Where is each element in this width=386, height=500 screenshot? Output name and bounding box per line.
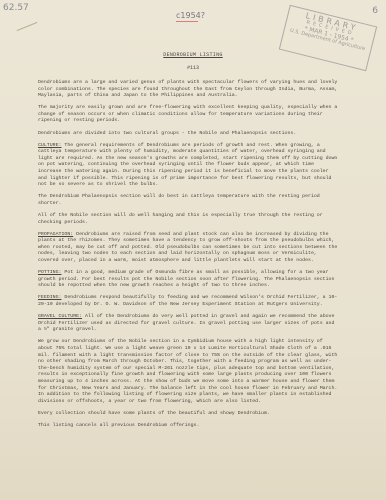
paragraph-gravel-culture: GRAVEL CULTURE: All of the Dendrobiums d… (38, 314, 338, 334)
section-label: GRAVEL CULTURE: (38, 314, 82, 319)
library-received-stamp: LIBRARY RECEIVED * MAR 1 - 1954 * U.S. D… (279, 5, 377, 71)
paragraph: All of the Nobile section will do well h… (38, 213, 338, 226)
handwritten-catalog-number: 62.57 (3, 3, 29, 13)
section-label: POTTING: (38, 270, 61, 275)
section-label: FEEDING: (38, 295, 61, 300)
paragraph: The Dendrobium Phalaenopsis section will… (38, 194, 338, 207)
document-number: #113 (0, 65, 386, 71)
section-label: PROPAGATION: (38, 232, 73, 237)
paragraph-propagation: PROPAGATION: Dendrobiums are raised from… (38, 232, 338, 265)
paragraph: Every collection should have some plants… (38, 411, 338, 418)
section-label: CULTURE: (38, 143, 61, 148)
paragraph: We grow our Dendrobiums of the Nobile se… (38, 339, 338, 405)
document-body: Dendrobiums are a large and varied genus… (38, 80, 338, 435)
document-title: DENDROBIUM LISTING (0, 52, 386, 58)
pencil-mark (17, 22, 38, 31)
paragraph-feeding: FEEDING: Dendrobiums respond beautifully… (38, 295, 338, 308)
paragraph: Dendrobiums are a large and varied genus… (38, 80, 338, 100)
paragraph: Dendrobiums are divided into two cultura… (38, 131, 338, 138)
handwritten-date: c1954? (176, 11, 205, 20)
paragraph-culture: CULTURE: The general requirements of Den… (38, 143, 338, 189)
paragraph: The majority are easily grown and are fr… (38, 105, 338, 125)
paragraph-potting: POTTING: Pot in a good, medium grade of … (38, 270, 338, 290)
date-underline (176, 21, 198, 22)
corner-mark: 6 (372, 6, 378, 16)
paragraph: This listing cancels all previous Dendro… (38, 423, 338, 430)
